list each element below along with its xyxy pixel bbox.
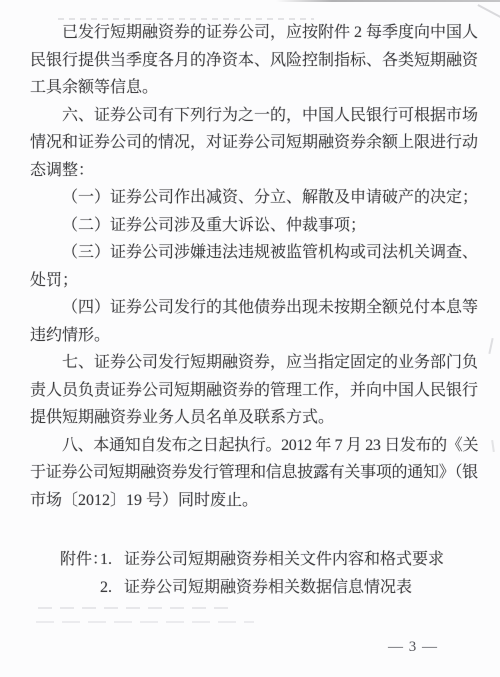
page-number: — 3 — [388,639,438,655]
attachment-item: 附件：1.证券公司短期融资券相关文件内容和格式要求 [60,546,444,574]
document-line: 违约情形。 [30,322,478,350]
attachment-label [60,574,100,602]
scan-artifact-edge-mark [491,440,495,452]
document-line: 七、证券公司发行短期融资券，应当指定固定的业务部门负 [30,349,478,377]
scan-artifact-edge-mark [488,338,493,354]
document-line: （四）证券公司发行的其他债券出现未按期全额兑付本息等 [30,294,478,322]
attachment-number: 2. [100,574,124,602]
document-line: 处罚； [30,267,478,295]
document-line: 工具余额等信息。 [30,74,478,102]
attachment-list: 附件：1.证券公司短期融资券相关文件内容和格式要求2.证券公司短期融资券相关数据… [60,546,444,601]
document-line: 提供短期融资券业务人员名单及联系方式。 [30,404,478,432]
scan-artifact-streak [38,607,228,609]
document-line: （三）证券公司涉嫌违法违规被监管机构或司法机关调查、 [30,239,478,267]
document-body: 已发行短期融资券的证券公司，应按附件 2 每季度向中国人民银行提供当季度各月的净… [30,19,478,514]
document-line: 已发行短期融资券的证券公司，应按附件 2 每季度向中国人 [30,19,478,47]
scan-artifact-crease [478,4,500,18]
scanned-document-page: 已发行短期融资券的证券公司，应按附件 2 每季度向中国人民银行提供当季度各月的净… [0,0,500,677]
scan-artifact-top-edge [276,0,500,2]
document-line: 市场〔2012〕19 号）同时废止。 [30,487,478,515]
document-line: （二）证券公司涉及重大诉讼、仲裁事项； [30,212,478,240]
document-line: （一）证券公司作出减资、分立、解散及申请破产的决定； [30,184,478,212]
document-line: 六、证券公司有下列行为之一的，中国人民银行可根据市场 [30,102,478,130]
document-line: 民银行提供当季度各月的净资本、风险控制指标、各类短期融资 [30,47,478,75]
document-line: 于证券公司短期融资券发行管理和信息披露有关事项的通知》（银 [30,459,478,487]
attachment-text: 证券公司短期融资券相关文件内容和格式要求 [124,546,444,574]
document-line: 情况和证券公司的情况，对证券公司短期融资券余额上限进行动 [30,129,478,157]
attachment-number: 1. [100,546,124,574]
attachment-item: 2.证券公司短期融资券相关数据信息情况表 [60,574,444,602]
scan-artifact-streak [36,621,254,623]
document-line: 态调整： [30,157,478,185]
attachment-text: 证券公司短期融资券相关数据信息情况表 [124,574,412,602]
document-line: 责人员负责证券公司短期融资券的管理工作，并向中国人民银行 [30,377,478,405]
attachment-label: 附件： [60,546,100,574]
document-line: 八、本通知自发布之日起执行。2012 年 7 月 23 日发布的《关 [30,432,478,460]
